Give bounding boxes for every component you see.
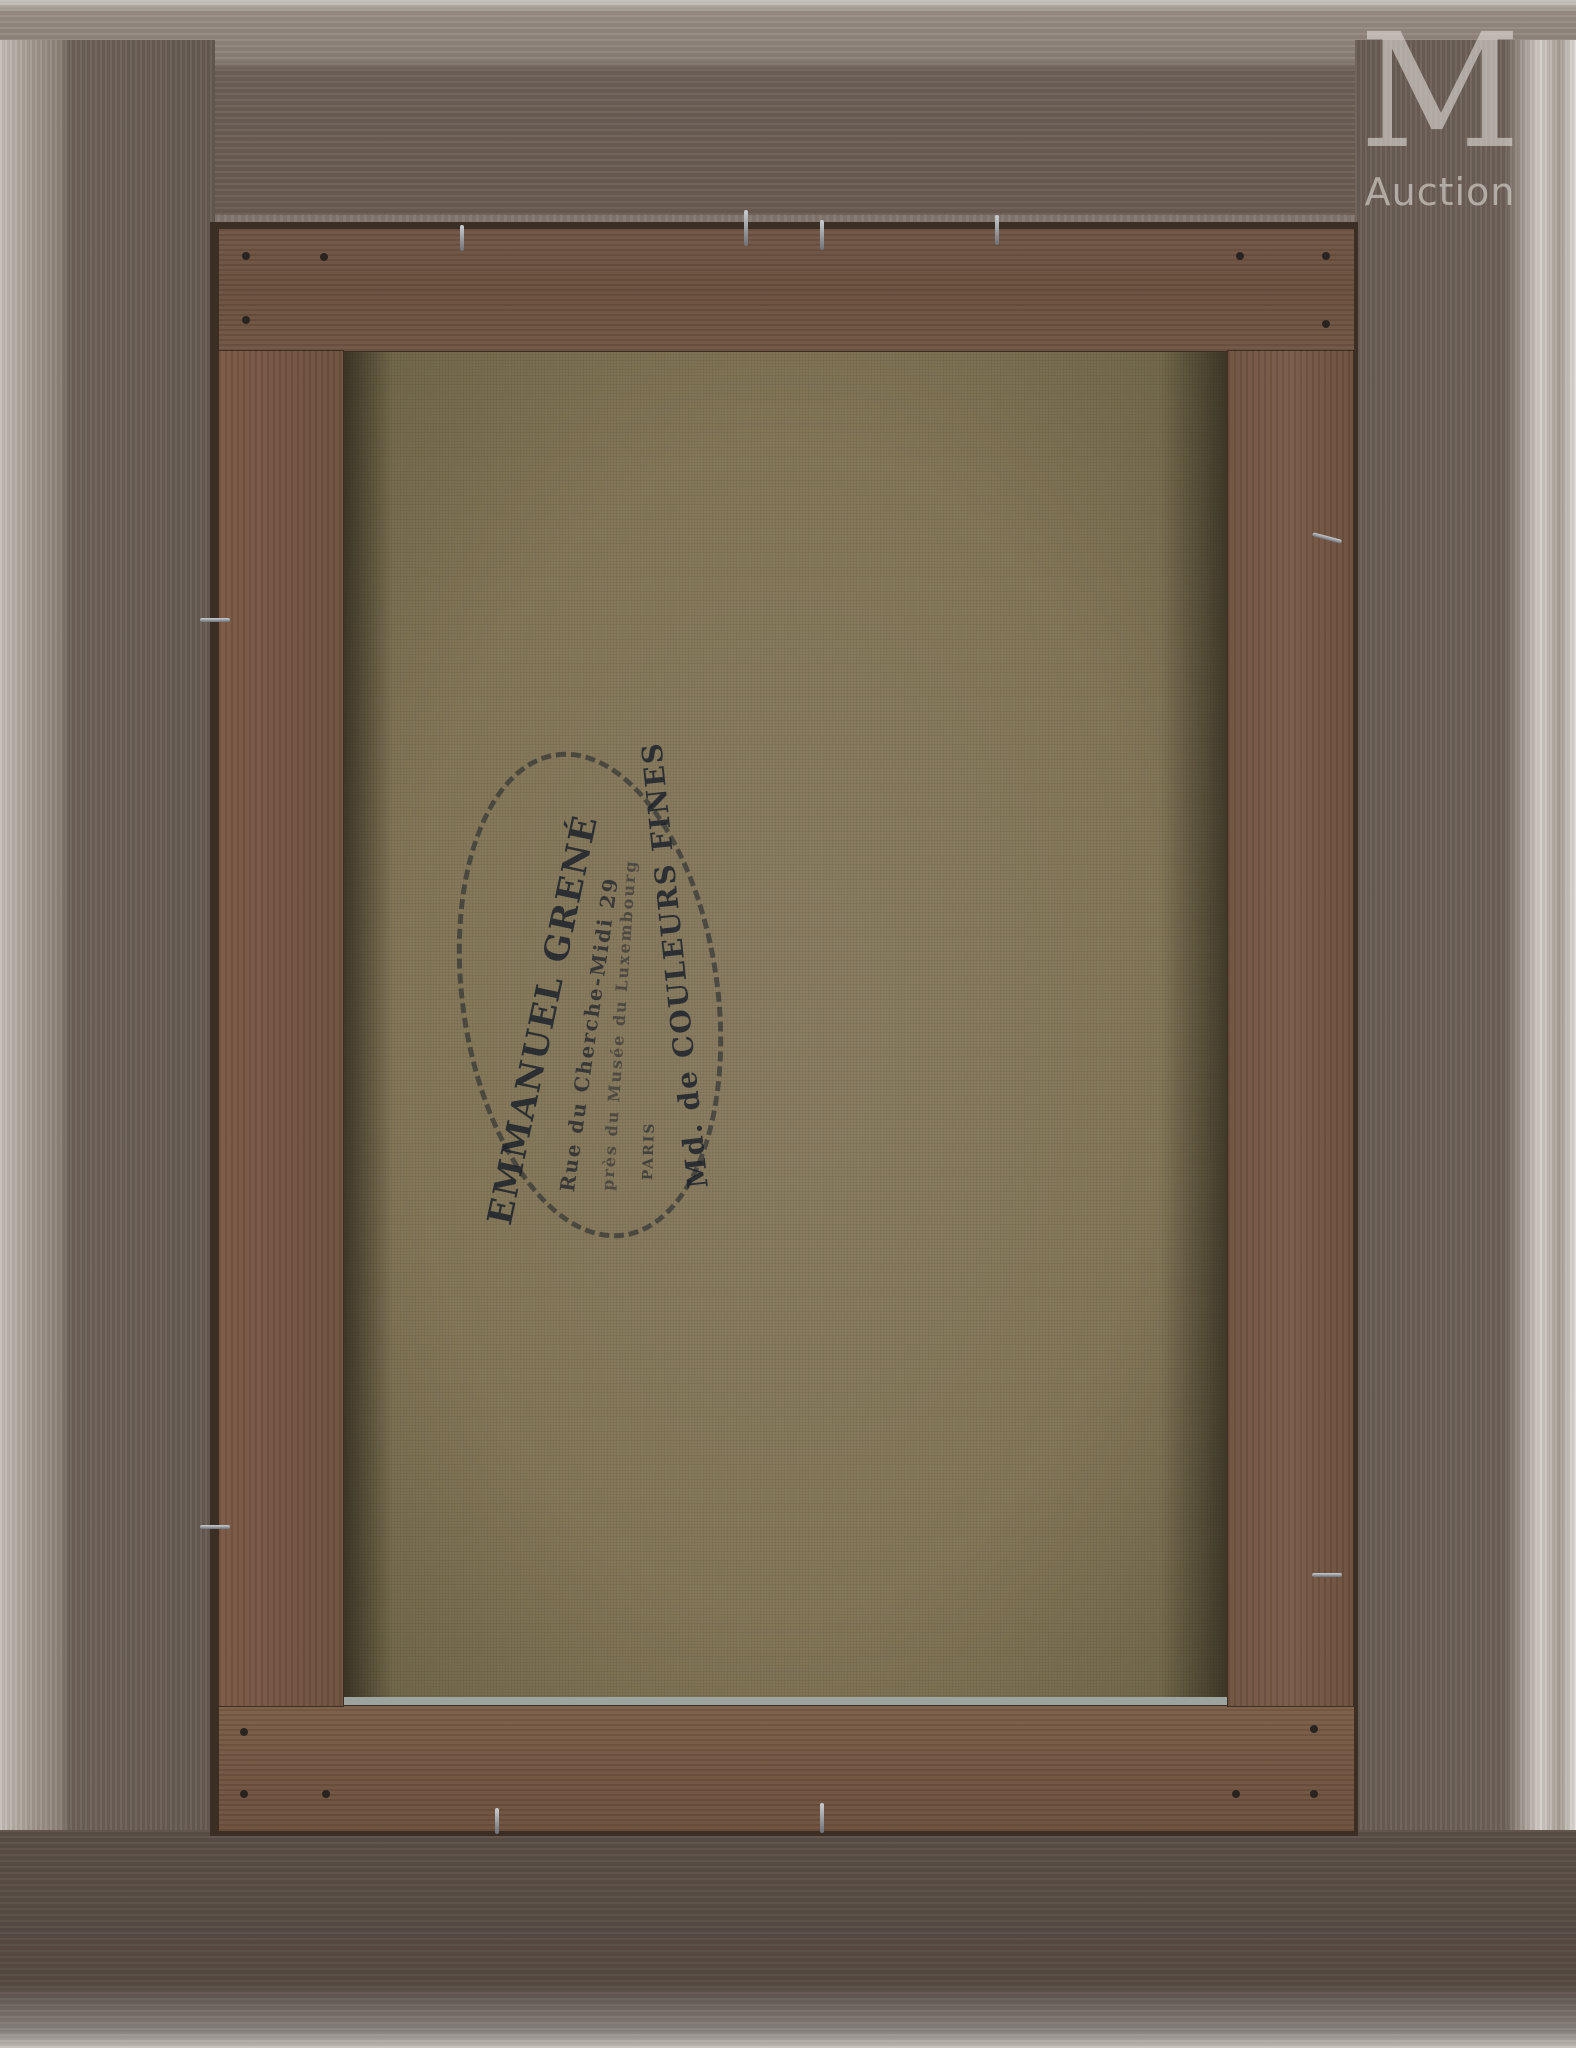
screw-hole	[240, 1790, 248, 1798]
stretcher-left-bar	[218, 350, 344, 1707]
screw-hole	[240, 1728, 248, 1736]
stretcher-top-bar	[218, 228, 1355, 352]
screw-hole	[320, 253, 328, 261]
screw-hole	[1232, 1790, 1240, 1798]
canvas-shadow-left	[343, 350, 393, 1705]
nail-icon	[200, 618, 230, 622]
nail-icon	[200, 1525, 230, 1529]
frame-bottom-rail	[0, 1830, 1576, 2048]
screw-hole	[1310, 1725, 1318, 1733]
canvas-supplier-stamp: EMMANUEL GRENÉ Rue du Cherche-Midi 29 pr…	[420, 720, 750, 1260]
frame-left-rail	[0, 40, 215, 2030]
nail-icon	[744, 210, 748, 246]
screw-hole	[242, 316, 250, 324]
nail-icon	[820, 220, 824, 250]
watermark-letter: M	[1335, 12, 1545, 172]
nail-icon	[820, 1803, 824, 1833]
frame-right-rail	[1355, 40, 1576, 2030]
stamp-line: PARIS	[640, 1121, 658, 1180]
nail-icon	[495, 1808, 499, 1834]
screw-hole	[1322, 320, 1330, 328]
screw-hole	[1310, 1790, 1318, 1798]
screw-hole	[1322, 252, 1330, 260]
canvas-shadow-right	[1160, 350, 1227, 1705]
stretcher-right-bar	[1227, 350, 1354, 1707]
watermark-text: Auction	[1335, 172, 1545, 212]
nail-icon	[1312, 1573, 1342, 1577]
screw-hole	[1236, 252, 1244, 260]
auction-watermark-logo: M Auction	[1335, 12, 1545, 232]
nail-icon	[460, 225, 464, 251]
nail-icon	[995, 215, 999, 245]
canvas-bottom-edge	[343, 1697, 1227, 1705]
screw-hole	[242, 252, 250, 260]
stretcher-bottom-bar	[218, 1705, 1355, 1832]
screw-hole	[322, 1790, 330, 1798]
